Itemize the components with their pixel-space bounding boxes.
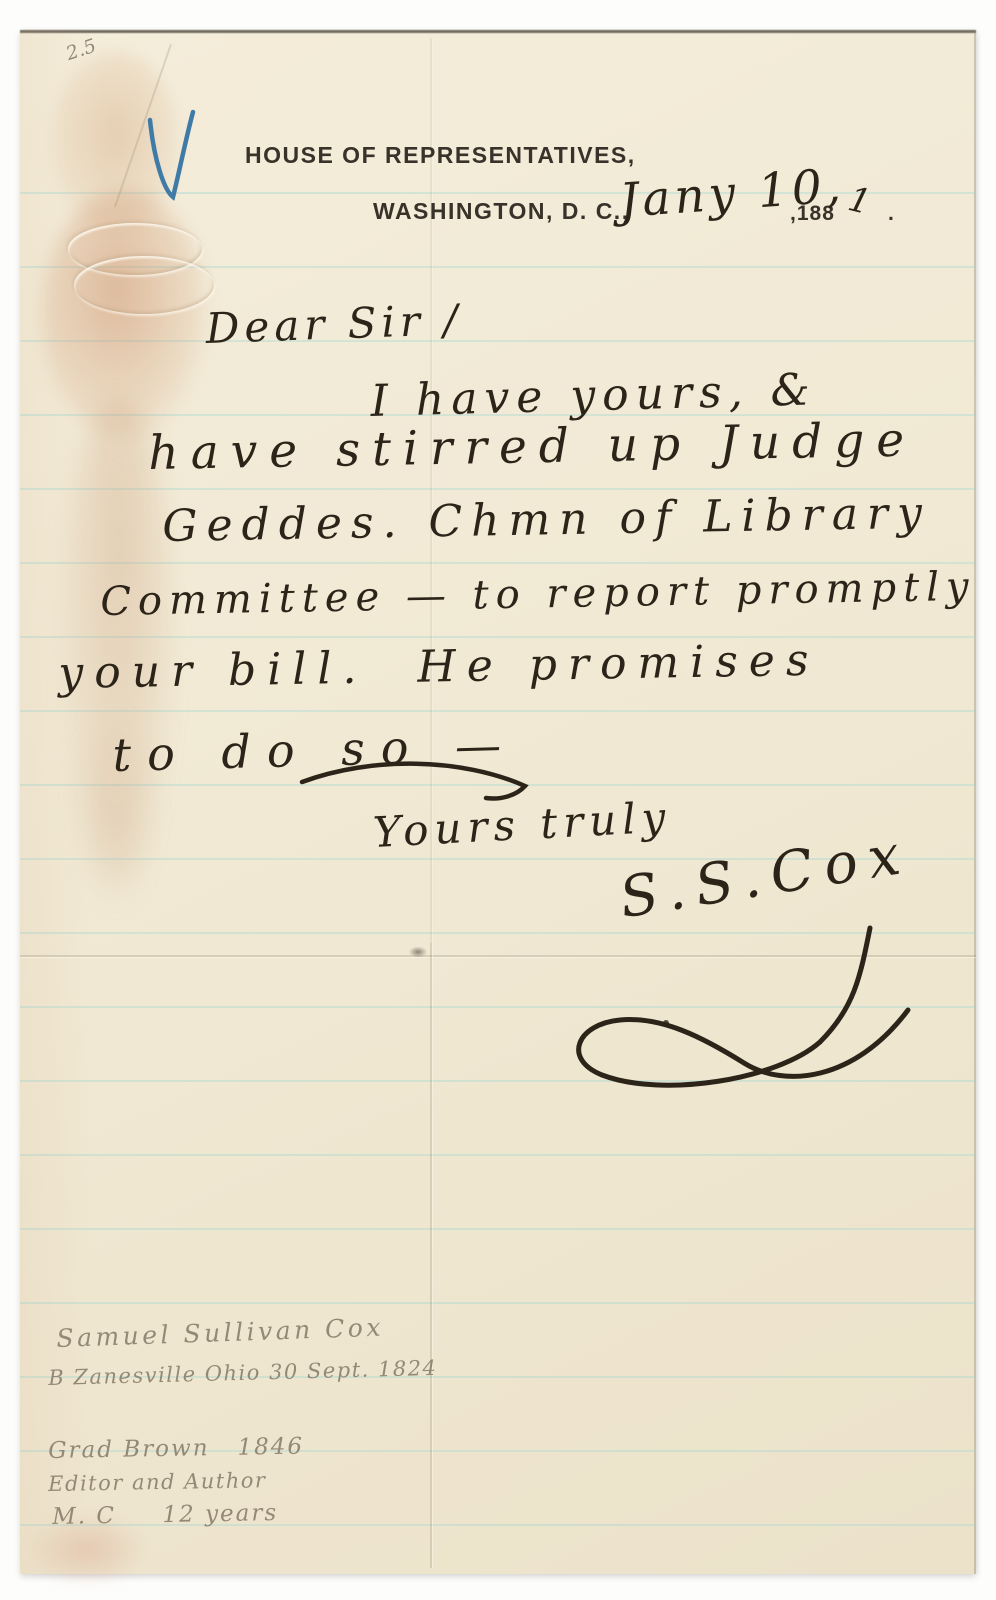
body-line-5: your bill. He promises [58,639,820,696]
scan-background: { "letterhead": { "organization": "HOUSE… [0,0,996,1600]
handwritten-date: Jany 10, [618,162,846,225]
letter-paper: HOUSE OF REPRESENTATIVES, WASHINGTON, D.… [20,30,976,1574]
blue-checkmark-icon [150,112,193,197]
pencil-bio-line-3: Grad Brown 1846 [48,1436,304,1463]
letterhead-printed-period: . [888,202,895,226]
letterhead-organization: HOUSE OF REPRESENTATIVES, [245,142,636,169]
diagonal-crease [114,44,172,207]
letterhead-city: WASHINGTON, D. C., [373,198,630,225]
body-line-2: have stirred up Judge [148,417,917,477]
salutation: Dear Sir / [205,299,463,350]
pencil-bio-line-4: Editor and Author [48,1470,267,1495]
body-line-3: Geddes. Chmn of Library [162,492,931,549]
body-line-6: to do so — [112,721,518,778]
pencil-bio-line-5: M. C 12 years [52,1502,278,1529]
embossed-seal-lower [74,256,214,314]
